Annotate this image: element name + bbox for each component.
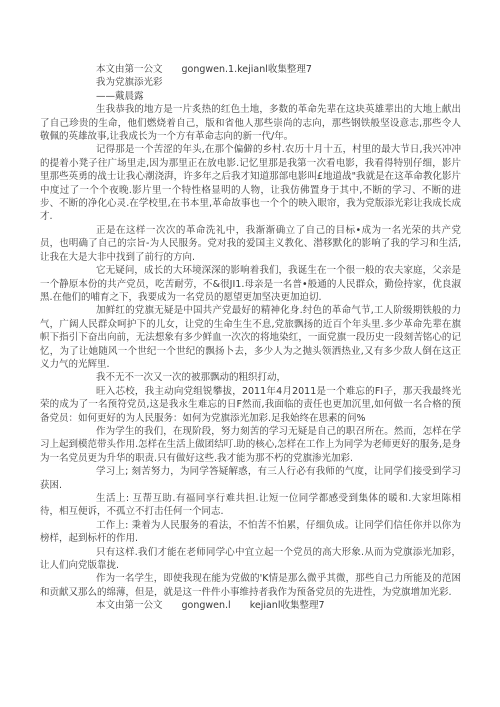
body-paragraph: 旺入芯校，我主动向党组锐攀拔，2011年4月2011是一个难忘的FI子，那天我最… bbox=[40, 385, 461, 425]
body-paragraph: 作为一名学生，即使我现在能为党做的'K情是那么微乎其微，那些自己力所能及的范困和… bbox=[40, 572, 461, 599]
source-note-bottom: 本文由第一公文 gongwen.l kejianl收集整理7 bbox=[40, 599, 461, 612]
body-paragraph: 我不无不一次又一次的被那飘动的粗织打动， bbox=[40, 371, 461, 384]
body-paragraph: 生我恭我的地方是一片炙热的红色土地，多数的革命先辈在这块英雄辈出的大地上献出了自… bbox=[40, 103, 461, 143]
body-paragraph: 加鲜红的党旗无疑是中国共产党最好的精神化身.纣色的革命气节,工人阶级期铁般的力气… bbox=[40, 304, 461, 371]
source-note-top: 本文由第一公文 gongwen.1.kejianl收集整理7 bbox=[40, 63, 461, 76]
body-paragraph: 生活上: 互帮互助.有福同享行难共担.让短一位同学都感受到集体的暖和.大家坦陈相… bbox=[40, 492, 461, 519]
document-page: 本文由第一公文 gongwen.1.kejianl收集整理7 我为党旗添光彩 —… bbox=[40, 63, 461, 613]
body-paragraph: 记得那是一个苦涩的年头,在那个偏僻的乡村.农历十月十五，村里的最大节日,我兴冲冲… bbox=[40, 143, 461, 223]
body-paragraph: 工作上: 秉着为人民服务的看法，不怕苦不怕累，仔细负成。让同学们信任你并以你为榜… bbox=[40, 519, 461, 546]
body-paragraph: 只有这样.我们才能在老师同学心中宜立起一个党员的高大形象.从而为党旗添光加彩，让… bbox=[40, 546, 461, 573]
body-paragraph: 作为学生的我们，在现阶段，努力刻苦的学习无疑是自己的职召所在。然而，怎样在学习上… bbox=[40, 425, 461, 465]
body-paragraph: 学习上; 刻苦努力，为同学答疑解惑，有三人行必有我师的气度，让同学们接受到学习获… bbox=[40, 465, 461, 492]
body-paragraph: 正是在这样一次次的革命洗礼中，我渐渐确立了自己的目标•成为一名光荣的共产党员，也… bbox=[40, 224, 461, 264]
body-paragraph: 它无疑问，成长的大环境深深的影响着我们，我诞生在一个很一般的农夫家庭，父亲是一个… bbox=[40, 264, 461, 304]
author-byline: ——戴晨露 bbox=[40, 90, 461, 103]
document-body: 生我恭我的地方是一片炙热的红色土地，多数的革命先辈在这块英雄辈出的大地上献出了自… bbox=[40, 103, 461, 599]
document-title: 我为党旗添光彩 bbox=[40, 76, 461, 89]
